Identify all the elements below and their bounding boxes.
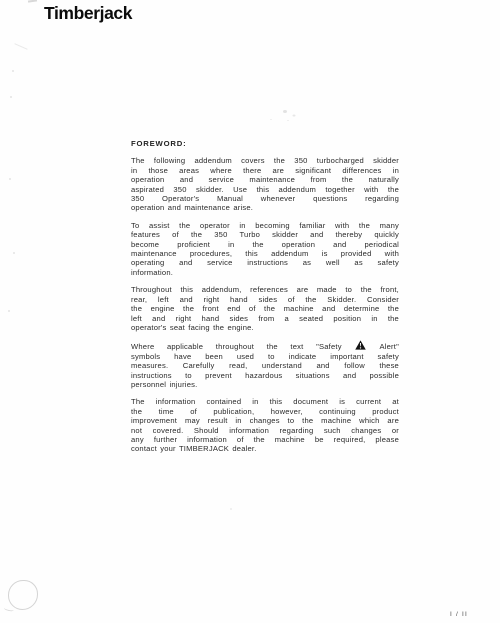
text-line: operator's seat facing the engine. — [131, 323, 399, 332]
text-line: not covered. Should information regardin… — [131, 426, 399, 435]
scan-speck-icon — [9, 178, 11, 180]
text-line: To assist the operator in becoming famil… — [131, 221, 399, 230]
scan-speck-icon — [12, 70, 14, 72]
scan-speck-icon — [10, 96, 12, 98]
text-line: any further information of the machine b… — [131, 435, 399, 444]
text-line: the engine the front end of the machine … — [131, 304, 399, 313]
text-line: operation and maintenance arise. — [131, 203, 399, 212]
foreword-paragraph: The following addendum covers the 350 tu… — [131, 156, 399, 212]
foreword-paragraph: Throughout this addendum, references are… — [131, 285, 399, 332]
text-line: information. — [131, 268, 399, 277]
text-line: left and right hand sides from a seated … — [131, 314, 399, 323]
text-line: operation and service maintenance from t… — [131, 175, 399, 184]
text-line: measures. Carefully read, understand and… — [131, 361, 399, 370]
page-number: I / II — [450, 611, 468, 618]
foreword-heading: FOREWORD: — [131, 139, 399, 148]
scan-streak-icon — [14, 43, 27, 50]
text-line: symbols have been used to indicate impor… — [131, 352, 399, 361]
text-line: the time of publication, however, contin… — [131, 407, 399, 416]
foreword-paragraphs: The following addendum covers the 350 tu… — [131, 156, 399, 453]
text-line: Where applicable throughout the text "Sa… — [131, 340, 399, 351]
text-line: instructions to prevent hazardous situat… — [131, 371, 399, 380]
foreword-section: FOREWORD: The following addendum covers … — [131, 139, 399, 462]
text-line: contact your TIMBERJACK dealer. — [131, 444, 399, 453]
safety-alert-icon — [355, 340, 366, 350]
text-line: in those areas where there are significa… — [131, 166, 399, 175]
text-line: 350 Operator's Manual whenever questions… — [131, 194, 399, 203]
text-line: personnel injuries. — [131, 380, 399, 389]
text-line: features of the 350 Turbo skidder and th… — [131, 230, 399, 239]
scanned-page: Timberjack FOREWORD: The following adden… — [0, 0, 500, 623]
scan-speck-icon — [8, 310, 10, 312]
scan-mark-icon — [28, 0, 37, 3]
foreword-paragraph: The information contained in this docume… — [131, 397, 399, 453]
foreword-paragraph: Where applicable throughout the text "Sa… — [131, 340, 399, 389]
punch-hole-mark-icon — [8, 580, 38, 610]
scan-smudge-icon — [283, 110, 287, 113]
text-line: Throughout this addendum, references are… — [131, 285, 399, 294]
text-line: rear, left and right hand sides of the S… — [131, 295, 399, 304]
text-line: operating and service instructions as we… — [131, 258, 399, 267]
text-line: The following addendum covers the 350 tu… — [131, 156, 399, 165]
foreword-paragraph: To assist the operator in becoming famil… — [131, 221, 399, 277]
scan-speck-icon — [13, 252, 15, 254]
timberjack-logo: Timberjack — [44, 3, 132, 24]
text-line: The information contained in this docume… — [131, 397, 399, 406]
text-line: improvement may result in changes to the… — [131, 416, 399, 425]
text-line: become proficient in the operation and p… — [131, 240, 399, 249]
scan-speck-icon — [230, 508, 232, 510]
text-line: aspirated 350 skidder. Use this addendum… — [131, 185, 399, 194]
text-line: maintenance procedures, this addendum is… — [131, 249, 399, 258]
